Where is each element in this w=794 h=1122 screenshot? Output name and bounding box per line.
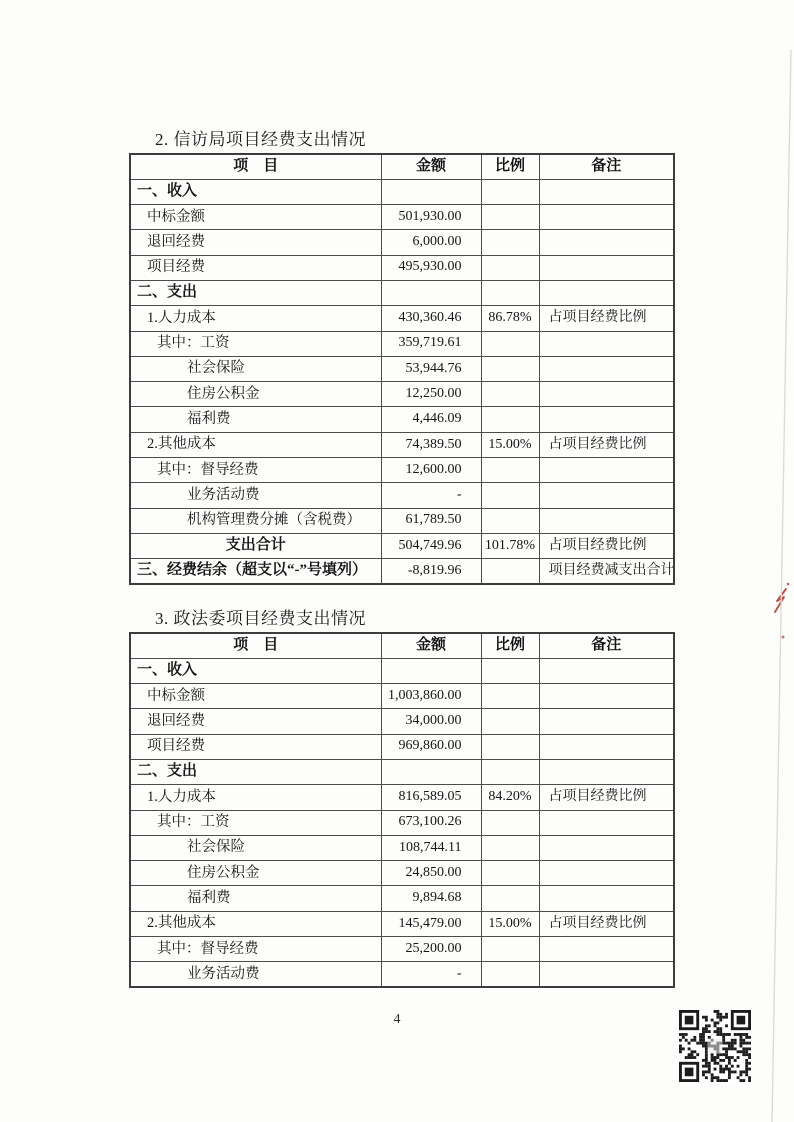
item-cell: 退回经费 [130,230,381,255]
remark-cell: 占项目经费比例 [539,306,674,331]
remark-cell [539,230,674,255]
table-row: 退回经费34,000.00 [130,709,674,734]
item-cell: 其中：督导经费 [130,458,381,483]
remark-cell [539,331,674,356]
ratio-cell [481,861,539,886]
remark-cell [539,734,674,759]
ratio-cell [481,356,539,381]
amount-cell [381,658,481,683]
item-cell: 二、支出 [130,280,381,305]
qr-code [679,1010,751,1082]
amount-cell: 25,200.00 [381,937,481,962]
ratio-cell [481,483,539,508]
ratio-cell [481,331,539,356]
remark-cell [539,658,674,683]
table-row: 项目经费969,860.00 [130,734,674,759]
zhengfawei-expense-table: 项 目金额比例备注 一、收入中标金额1,003,860.00退回经费34,000… [129,632,675,988]
table-row: 项目经费495,930.00 [130,255,674,280]
item-cell: 中标金额 [130,684,381,709]
table-row: 二、支出 [130,759,674,784]
remark-cell [539,255,674,280]
item-cell: 业务活动费 [130,962,381,987]
table-row: 一、收入 [130,179,674,204]
ratio-cell [481,559,539,584]
ratio-cell [481,759,539,784]
amount-cell: -8,819.96 [381,559,481,584]
remark-cell [539,280,674,305]
amount-cell: 504,749.96 [381,533,481,558]
ratio-cell: 86.78% [481,306,539,331]
remark-cell: 占项目经费比例 [539,911,674,936]
remark-cell [539,962,674,987]
table-row: 其中：督导经费25,200.00 [130,937,674,962]
amount-cell: 145,479.00 [381,911,481,936]
remark-cell [539,179,674,204]
item-cell: 社会保险 [130,835,381,860]
remark-cell [539,759,674,784]
remark-cell [539,458,674,483]
page-number: 4 [0,1012,794,1028]
amount-cell: 816,589.05 [381,785,481,810]
item-cell: 业务活动费 [130,483,381,508]
section-title-zhengfawei: 3. 政法委项目经费支出情况 [155,604,366,629]
ratio-cell [481,658,539,683]
table-row: 1.人力成本430,360.4686.78%占项目经费比例 [130,306,674,331]
remark-cell [539,937,674,962]
ratio-cell [481,280,539,305]
remark-cell: 项目经费减支出合计 [539,559,674,584]
remark-cell [539,810,674,835]
remark-cell [539,205,674,230]
amount-cell: 74,389.50 [381,432,481,457]
table-row: 社会保险108,744.11 [130,835,674,860]
ratio-cell [481,407,539,432]
item-cell: 社会保险 [130,356,381,381]
table-row: 三、经费结余（超支以“-”号填列）-8,819.96项目经费减支出合计 [130,559,674,584]
table-row: 二、支出 [130,280,674,305]
table-row: 机构管理费分摊（含税费）61,789.50 [130,508,674,533]
amount-cell: - [381,962,481,987]
ratio-cell [481,382,539,407]
table-row: 其中：工资673,100.26 [130,810,674,835]
item-cell: 住房公积金 [130,382,381,407]
xinfangju-expense-table: 项 目金额比例备注 一、收入中标金额501,930.00退回经费6,000.00… [129,153,675,585]
item-cell: 1.人力成本 [130,306,381,331]
item-cell: 其中：工资 [130,810,381,835]
item-cell: 二、支出 [130,759,381,784]
table-row: 其中：工资359,719.61 [130,331,674,356]
amount-cell: 430,360.46 [381,306,481,331]
ratio-cell [481,835,539,860]
table-header-row: 项 目金额比例备注 [130,154,674,179]
remark-cell [539,835,674,860]
table-row: 住房公积金12,250.00 [130,382,674,407]
item-cell: 其中：督导经费 [130,937,381,962]
item-cell: 一、收入 [130,179,381,204]
table-row: 其中：督导经费12,600.00 [130,458,674,483]
ratio-cell [481,709,539,734]
ratio-cell [481,458,539,483]
remark-cell: 占项目经费比例 [539,785,674,810]
table-row: 2.其他成本145,479.0015.00%占项目经费比例 [130,911,674,936]
amount-cell: 6,000.00 [381,230,481,255]
item-cell: 中标金额 [130,205,381,230]
item-cell: 退回经费 [130,709,381,734]
amount-cell [381,179,481,204]
ratio-cell: 84.20% [481,785,539,810]
item-cell: 支出合计 [130,533,381,558]
ratio-cell: 15.00% [481,911,539,936]
table-row: 退回经费6,000.00 [130,230,674,255]
table-row: 福利费4,446.09 [130,407,674,432]
ratio-cell [481,684,539,709]
ratio-cell [481,205,539,230]
remark-cell [539,861,674,886]
item-cell: 2.其他成本 [130,432,381,457]
table-row: 社会保险53,944.76 [130,356,674,381]
remark-cell: 占项目经费比例 [539,533,674,558]
amount-cell: 12,250.00 [381,382,481,407]
amount-cell [381,759,481,784]
remark-cell [539,508,674,533]
ratio-cell: 101.78% [481,533,539,558]
table-row: 1.人力成本816,589.0584.20%占项目经费比例 [130,785,674,810]
item-cell: 项目经费 [130,255,381,280]
table-row: 住房公积金24,850.00 [130,861,674,886]
amount-cell: 34,000.00 [381,709,481,734]
amount-cell: 4,446.09 [381,407,481,432]
remark-cell [539,709,674,734]
ratio-cell [481,962,539,987]
amount-cell: 1,003,860.00 [381,684,481,709]
column-header: 备注 [539,154,674,179]
ratio-cell [481,886,539,911]
remark-cell [539,483,674,508]
table-header-row: 项 目金额比例备注 [130,633,674,658]
amount-cell: 9,894.68 [381,886,481,911]
amount-cell: 969,860.00 [381,734,481,759]
amount-cell: - [381,483,481,508]
item-cell: 项目经费 [130,734,381,759]
column-header: 金额 [381,633,481,658]
handwritten-red-tick-icon [770,580,794,644]
document-page: 2. 信访局项目经费支出情况 项 目金额比例备注 一、收入中标金额501,930… [0,0,794,1122]
remark-cell [539,407,674,432]
item-cell: 机构管理费分摊（含税费） [130,508,381,533]
amount-cell: 359,719.61 [381,331,481,356]
column-header: 比例 [481,633,539,658]
ratio-cell [481,734,539,759]
ratio-cell [481,508,539,533]
amount-cell: 495,930.00 [381,255,481,280]
item-cell: 住房公积金 [130,861,381,886]
remark-cell [539,356,674,381]
table-row: 中标金额501,930.00 [130,205,674,230]
ratio-cell [481,810,539,835]
table-row: 中标金额1,003,860.00 [130,684,674,709]
table-row: 业务活动费- [130,483,674,508]
item-cell: 一、收入 [130,658,381,683]
item-cell: 2.其他成本 [130,911,381,936]
column-header: 项 目 [130,154,381,179]
table-row: 支出合计504,749.96101.78%占项目经费比例 [130,533,674,558]
item-cell: 三、经费结余（超支以“-”号填列） [130,559,381,584]
table-row: 业务活动费- [130,962,674,987]
remark-cell [539,886,674,911]
remark-cell [539,382,674,407]
item-cell: 福利费 [130,407,381,432]
amount-cell: 108,744.11 [381,835,481,860]
amount-cell [381,280,481,305]
amount-cell: 24,850.00 [381,861,481,886]
column-header: 比例 [481,154,539,179]
table-row: 一、收入 [130,658,674,683]
ratio-cell [481,255,539,280]
section-title-xinfangju: 2. 信访局项目经费支出情况 [155,125,366,150]
table-row: 福利费9,894.68 [130,886,674,911]
ratio-cell: 15.00% [481,432,539,457]
ratio-cell [481,230,539,255]
remark-cell [539,684,674,709]
amount-cell: 53,944.76 [381,356,481,381]
table-row: 2.其他成本74,389.5015.00%占项目经费比例 [130,432,674,457]
item-cell: 其中：工资 [130,331,381,356]
column-header: 备注 [539,633,674,658]
column-header: 金额 [381,154,481,179]
amount-cell: 61,789.50 [381,508,481,533]
column-header: 项 目 [130,633,381,658]
ratio-cell [481,937,539,962]
item-cell: 福利费 [130,886,381,911]
item-cell: 1.人力成本 [130,785,381,810]
remark-cell: 占项目经费比例 [539,432,674,457]
amount-cell: 673,100.26 [381,810,481,835]
ratio-cell [481,179,539,204]
amount-cell: 12,600.00 [381,458,481,483]
amount-cell: 501,930.00 [381,205,481,230]
